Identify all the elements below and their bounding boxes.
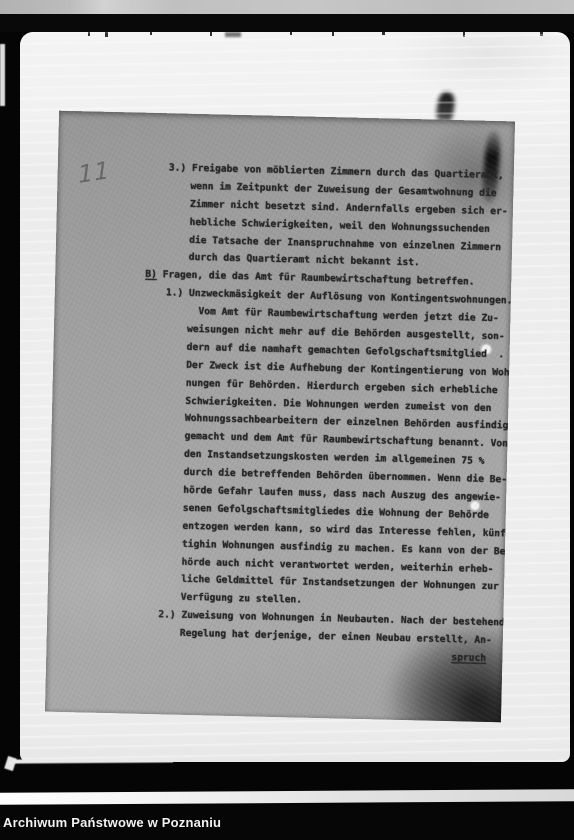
archive-name-label: Archiwum Państwowe w Poznaniu: [3, 815, 221, 830]
film-edge-mark: [0, 44, 5, 106]
archive-caption-bar: Archiwum Państwowe w Poznaniu: [0, 806, 574, 840]
scanner-edge-strip: [0, 0, 574, 14]
film-tick: [382, 32, 385, 35]
handwritten-page-number: 11: [76, 156, 112, 190]
film-tick: [463, 32, 465, 37]
film-tick: [290, 32, 292, 35]
film-tick: [210, 32, 212, 36]
film-frame-band: [0, 14, 574, 32]
scan-viewport: 11 3.) Freigabe von möblierten Zimmern d…: [0, 0, 574, 840]
film-tick: [540, 32, 543, 36]
photo-bottom-edge: [13, 758, 173, 763]
document-page: 11 3.) Freigabe von möblierten Zimmern d…: [45, 111, 515, 723]
film-tick: [332, 32, 334, 36]
film-smudge: [225, 32, 241, 37]
film-tick: [150, 32, 152, 35]
film-frame-line: [0, 789, 574, 805]
film-tick: [105, 32, 108, 37]
film-tick: [88, 32, 90, 36]
typewritten-text: 3.) Freigabe von möblierten Zimmern durc…: [136, 159, 515, 669]
